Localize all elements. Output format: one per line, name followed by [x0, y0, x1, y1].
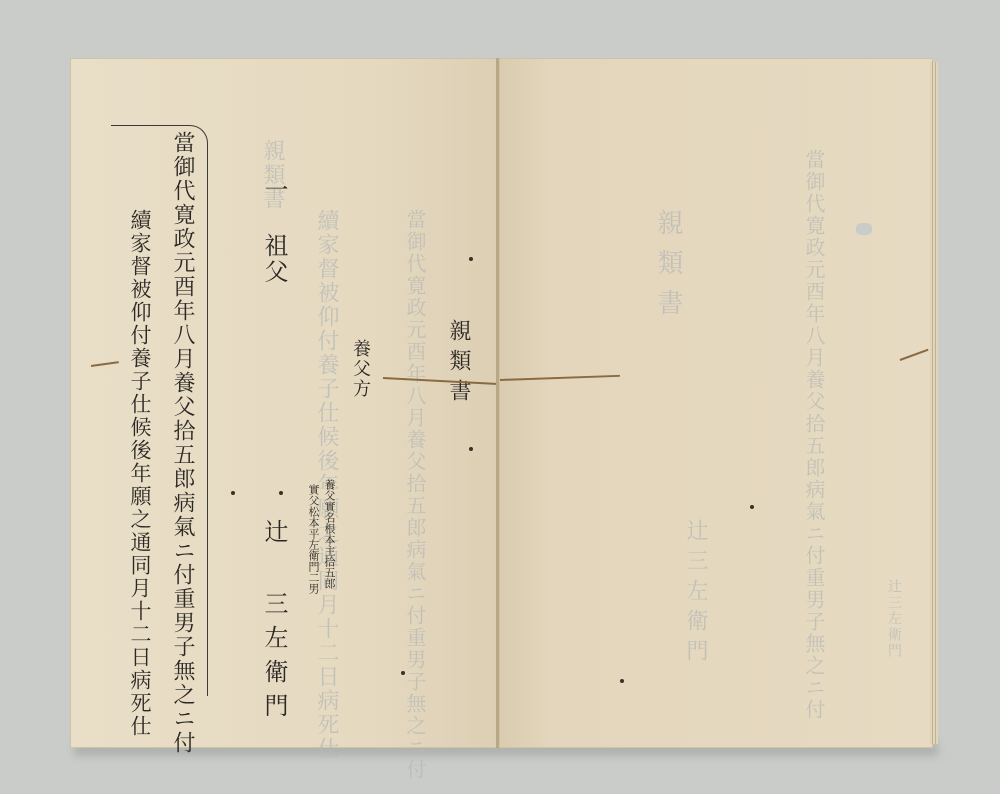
annotation-adoptive-father: 養父實名根本主拾五郎: [321, 479, 337, 589]
ink-spot: [620, 679, 624, 683]
annotation-birth-father: 實父松本平左衛門二男: [305, 484, 321, 594]
adoptive-father-label: 養父方: [347, 339, 373, 399]
ink-spot: [279, 491, 283, 495]
ink-spot: [401, 671, 405, 675]
open-book: 親類書 續家督被仰付養子仕候後年願之通同月十二日病死仕 當御代寛政元酉年八月養父…: [70, 58, 938, 750]
right-page: 親類書 當御代寛政元酉年八月養父拾五郎病氣ニ付重男子無之ニ付 辻三左衛門 辻三左…: [499, 58, 933, 748]
margin-note: 辻三左衛門: [884, 579, 904, 659]
page-edges: [930, 62, 938, 744]
ink-spot: [231, 491, 235, 495]
paper-tear: [900, 349, 929, 361]
paper-tear: [500, 375, 620, 381]
bleed-column: 當御代寛政元酉年八月養父拾五郎病氣ニ付重男子無之ニ付: [401, 209, 430, 781]
ink-spot: [469, 447, 473, 451]
entry-label-grandfather: 一 祖父: [257, 177, 292, 285]
worm-hole: [856, 223, 872, 235]
bleed-heading: 親類書: [650, 209, 687, 329]
record-second-column: 續家督被仰付養子仕候後年願之通同月十二日病死仕: [125, 209, 155, 738]
left-page: 親類書 續家督被仰付養子仕候後年願之通同月十二日病死仕 當御代寛政元酉年八月養父…: [70, 58, 500, 748]
bleed-column: 當御代寛政元酉年八月養父拾五郎病氣ニ付重男子無之ニ付: [800, 149, 829, 721]
ink-spot: [750, 505, 754, 509]
ink-spot: [469, 257, 473, 261]
bleed-name: 辻三左衛門: [680, 519, 711, 669]
document-heading: 親類書: [443, 319, 474, 409]
record-main-column: 當御代寛政元酉年八月養父拾五郎病氣ニ付重男子無之ニ付: [167, 131, 198, 755]
grandfather-name: 辻 三左衛門: [257, 519, 292, 727]
